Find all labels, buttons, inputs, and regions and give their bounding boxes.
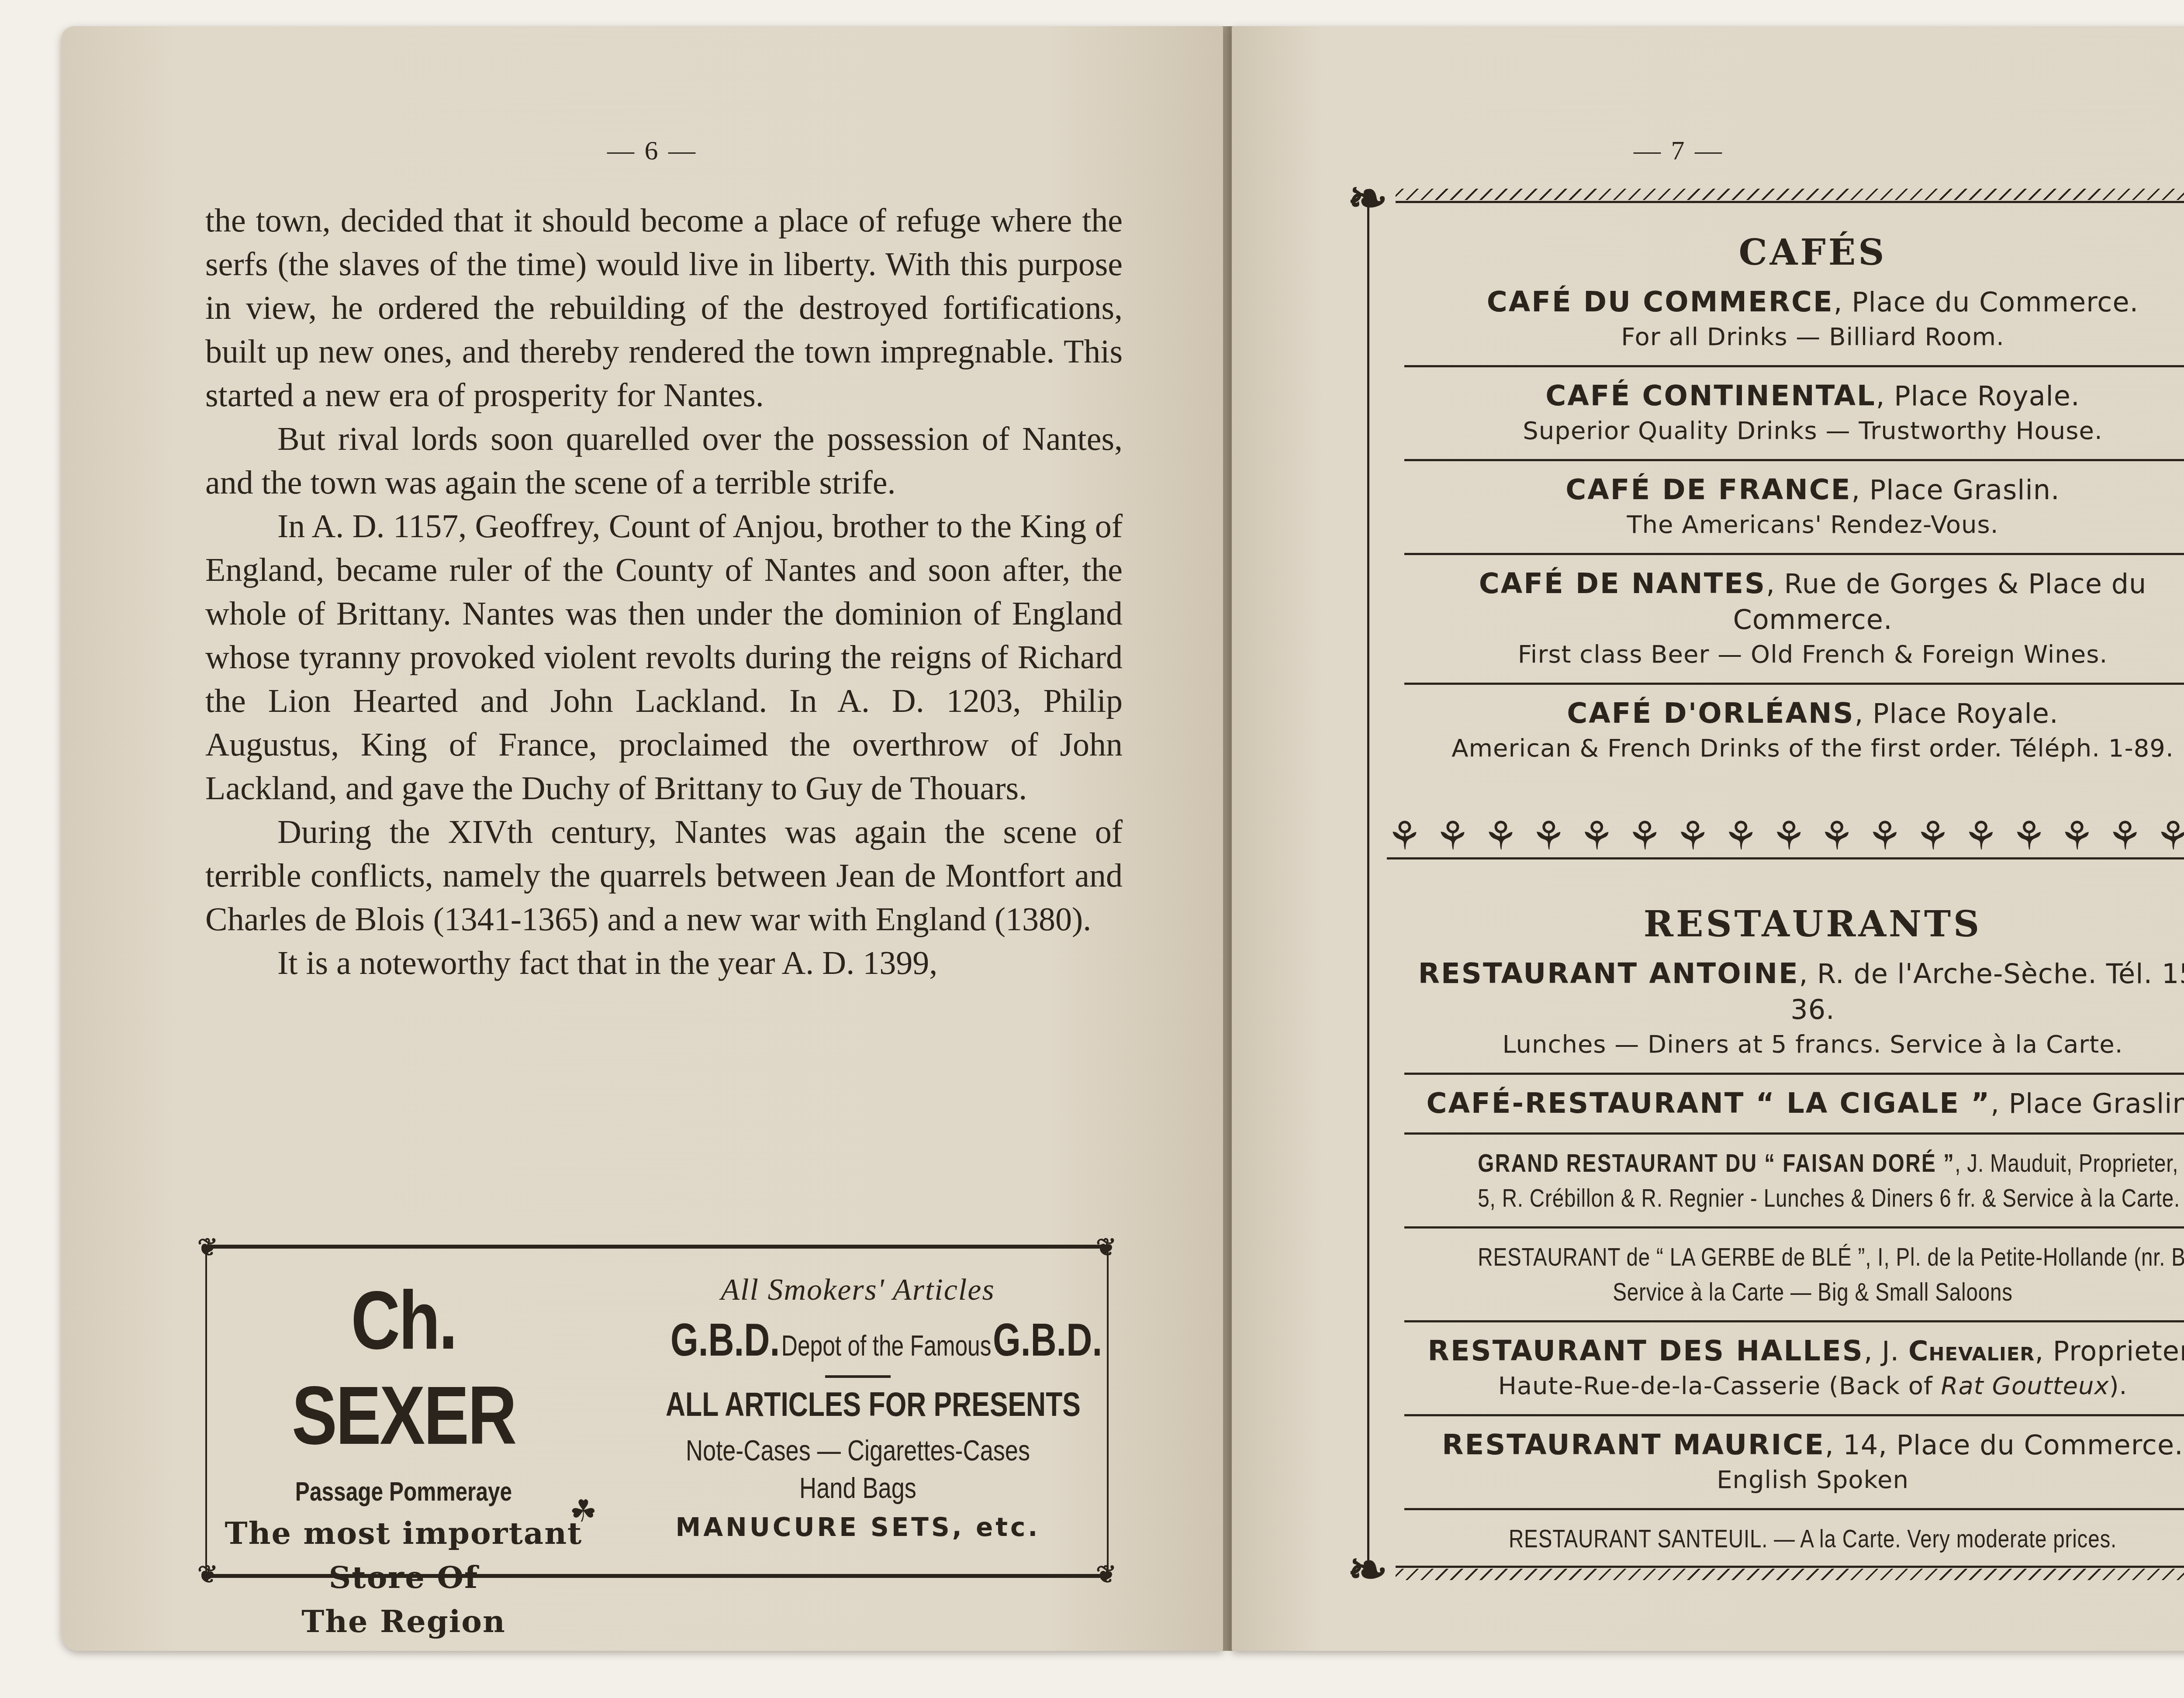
tulip-icon: ⚘ <box>1963 816 1998 857</box>
venue-name: GRAND RESTAURANT DU “ FAISAN DORÉ ” <box>1478 1149 1955 1177</box>
venue-detail: For all Drinks — Billiard Room. <box>1404 320 2184 354</box>
ad-headline: All Smokers' Articles <box>618 1273 1098 1308</box>
tulip-icon: ⚘ <box>1483 816 1518 857</box>
zigzag-border <box>1396 1569 2184 1580</box>
list-item: RESTAURANT DES HALLES, J. Chevalier, Pro… <box>1404 1322 2184 1416</box>
venue-detail: American & French Drinks of the first or… <box>1404 732 2184 766</box>
paragraph: the town, decided that it should become … <box>205 199 1123 417</box>
venue-address: , Rue de Gorges & Place du Commerce. <box>1733 568 2146 635</box>
gbd-text: Depot of the Famous <box>781 1329 992 1362</box>
divider <box>825 1375 891 1378</box>
tulip-icon: ⚘ <box>1387 816 1422 857</box>
sets-line: MANUCURE SETS, etc. <box>618 1512 1098 1542</box>
tulip-icon: ⚘ <box>2155 816 2184 857</box>
paragraph: It is a noteworthy fact that in the year… <box>205 941 1123 985</box>
tagline: The most important <box>207 1515 600 1551</box>
restaurants-list: RESTAURANT ANTOINE, R. de l'Arche-Sèche.… <box>1369 945 2184 1568</box>
venue-detail: English Spoken <box>1404 1463 2184 1497</box>
tulip-icon: ⚘ <box>1435 816 1470 857</box>
venue-name: RESTAURANT ANTOINE <box>1418 958 1799 990</box>
venue-detail: Haute-Rue-de-la-Casserie (Back of <box>1498 1372 1941 1400</box>
sexer-advertisement: ❦ ❦ ❦ ❦ Ch. SEXER Passage Pommeraye The … <box>205 1245 1109 1578</box>
venue-address: , I, Pl. de la Petite-Hollande (nr. Bour… <box>1865 1243 2184 1271</box>
tulip-ornament-border: ⚘ ⚘ ⚘ ⚘ ⚘ ⚘ ⚘ ⚘ ⚘ ⚘ ⚘ ⚘ ⚘ ⚘ ⚘ ⚘ ⚘ ⚘ <box>1387 816 2184 859</box>
gbd-line: G.B.D. Depot of the Famous G.B.D. <box>670 1314 1045 1367</box>
venue-name: CAFÉ DE NANTES <box>1479 568 1766 600</box>
zigzag-border <box>1396 189 2184 200</box>
paragraph: During the XIVth century, Nantes was aga… <box>205 810 1123 941</box>
ad-right-column: All Smokers' Articles G.B.D. Depot of th… <box>618 1249 1098 1574</box>
venue-name: CAFÉ DU COMMERCE <box>1487 286 1834 318</box>
list-item: CAFÉ DE FRANCE, Place Graslin. The Ameri… <box>1404 461 2184 555</box>
list-item: CAFÉ-RESTAURANT “ LA CIGALE ”, Place Gra… <box>1404 1075 2184 1135</box>
venue-address: , R. de l'Arche-Sèche. Tél. 15-36. <box>1790 958 2184 1025</box>
list-item: GRAND RESTAURANT DU “ FAISAN DORÉ ”, J. … <box>1404 1135 2184 1229</box>
corner-ornament-icon: ❧ <box>1348 175 1388 223</box>
tulip-icon: ⚘ <box>2011 816 2046 857</box>
cafes-heading: CAFÉS <box>1369 231 2184 273</box>
bags-line: Hand Bags <box>661 1471 1055 1505</box>
list-item: RESTAURANT MAURICE, 14, Place du Commerc… <box>1404 1416 2184 1510</box>
list-item: RESTAURANT ANTOINE, R. de l'Arche-Sèche.… <box>1404 945 2184 1075</box>
tulip-icon: ⚘ <box>2107 816 2143 857</box>
cases-line: Note-Cases — Cigarettes-Cases <box>661 1434 1055 1467</box>
venue-detail: Service à la Carte — Big & Small Saloons <box>1478 1275 2147 1309</box>
frame-rule <box>1396 1566 2184 1568</box>
tagline: Store Of <box>207 1559 600 1595</box>
venue-address: , Place Royale. <box>1876 380 2080 412</box>
tulip-icon: ⚘ <box>1531 816 1566 857</box>
paragraph: In A. D. 1157, Geoffrey, Count of Anjou,… <box>205 504 1123 810</box>
venue-name: RESTAURANT MAURICE <box>1442 1429 1825 1461</box>
venue-detail: Lunches — Diners at 5 francs. Service à … <box>1404 1028 2184 1062</box>
shop-address: Passage Pommeraye <box>246 1476 561 1507</box>
paragraph: But rival lords soon quarelled over the … <box>205 417 1123 504</box>
venue-name: CAFÉ DE FRANCE <box>1565 474 1851 506</box>
venue-address: , 14, Place du Commerce. <box>1825 1429 2184 1461</box>
open-booklet: — 6 — the town, decided that it should b… <box>26 17 2184 1677</box>
venue-address: , Proprieter. <box>2035 1335 2184 1367</box>
presents-line: ALL ARTICLES FOR PRESENTS <box>666 1384 1050 1424</box>
corner-ornament-icon: ❦ <box>1096 1236 1116 1260</box>
tulip-icon: ⚘ <box>1627 816 1662 857</box>
page-number: — 7 — <box>1634 135 1724 166</box>
tulip-icon: ⚘ <box>1819 816 1855 857</box>
page-number: — 6 — <box>607 135 697 166</box>
venue-name: RESTAURANT DES HALLES <box>1428 1335 1864 1367</box>
corner-ornament-icon: ❧ <box>1348 1546 1388 1594</box>
list-item: RESTAURANT de “ LA GERBE de BLÉ ”, I, Pl… <box>1404 1229 2184 1322</box>
venue-detail-italic: Rat Goutteux <box>1941 1372 2109 1400</box>
tulip-icon: ⚘ <box>2059 816 2094 857</box>
venue-name: CAFÉ-RESTAURANT “ LA CIGALE ” <box>1427 1087 1991 1120</box>
tulip-icon: ⚘ <box>1867 816 1903 857</box>
history-text: the town, decided that it should become … <box>205 199 1123 985</box>
venue-address: , J. Mauduit, Proprieter, <box>1955 1149 2178 1177</box>
venue-address: , Place Royale. <box>1855 697 2059 729</box>
venue-address: , Place Graslin. <box>1851 474 2060 506</box>
corner-ornament-icon: ❦ <box>1096 1563 1116 1587</box>
venue-address: — A la Carte. Very moderate prices. <box>1768 1525 2117 1553</box>
restaurants-heading: RESTAURANTS <box>1369 903 2184 945</box>
venue-name: CAFÉ CONTINENTAL <box>1545 380 1876 412</box>
venue-address: , Place Graslin. <box>1990 1087 2184 1119</box>
tagline: The Region <box>207 1603 600 1639</box>
gbd-brand: G.B.D. <box>993 1315 1102 1366</box>
venue-detail: The Americans' Rendez-Vous. <box>1404 508 2184 542</box>
list-item: CAFÉ CONTINENTAL, Place Royale. Superior… <box>1404 367 2184 461</box>
list-item: RESTAURANT SANTEUIL. — A la Carte. Very … <box>1404 1510 2184 1568</box>
list-item: CAFÉ DE NANTES, Rue de Gorges & Place du… <box>1404 555 2184 685</box>
venue-address: , J. <box>1864 1335 1908 1367</box>
venue-detail: 5, R. Crébillon & R. Regnier - Lunches &… <box>1478 1181 2147 1215</box>
list-item: CAFÉ D'ORLÉANS, Place Royale. American &… <box>1404 685 2184 777</box>
proprietor-name: Chevalier <box>1908 1335 2035 1367</box>
list-item: CAFÉ DU COMMERCE, Place du Commerce. For… <box>1404 273 2184 367</box>
left-page: — 6 — the town, decided that it should b… <box>61 26 1223 1651</box>
tulip-icon: ⚘ <box>1675 816 1711 857</box>
gbd-brand: G.B.D. <box>670 1315 780 1366</box>
venue-name: RESTAURANT SANTEUIL. <box>1509 1525 1768 1553</box>
venue-address: , Place du Commerce. <box>1834 286 2139 318</box>
tulip-icon: ⚘ <box>1915 816 1950 857</box>
right-page: — 7 — ❧ ❧ ❧ ❧ CAFÉS CAFÉ DU COMMERCE, Pl… <box>1232 26 2184 1651</box>
tulip-icon: ⚘ <box>1579 816 1614 857</box>
venue-detail: ). <box>2109 1372 2128 1400</box>
tulip-icon: ⚘ <box>1723 816 1759 857</box>
cafes-list: CAFÉ DU COMMERCE, Place du Commerce. For… <box>1369 273 2184 777</box>
tulip-icon: ⚘ <box>1771 816 1807 857</box>
shop-name: Ch. SEXER <box>242 1273 565 1463</box>
venue-detail: First class Beer — Old French & Foreign … <box>1404 638 2184 672</box>
frame-rule <box>1396 201 2184 203</box>
ad-left-column: Ch. SEXER Passage Pommeraye The most imp… <box>207 1249 600 1574</box>
venue-name: RESTAURANT de “ LA GERBE de BLÉ ” <box>1478 1243 1865 1271</box>
venue-name: CAFÉ D'ORLÉANS <box>1567 697 1854 730</box>
venue-detail: Superior Quality Drinks — Trustworthy Ho… <box>1404 414 2184 448</box>
listing-frame: ❧ ❧ ❧ ❧ CAFÉS CAFÉ DU COMMERCE, Place du… <box>1367 201 2184 1568</box>
clover-icon: ☘ <box>570 1493 597 1529</box>
